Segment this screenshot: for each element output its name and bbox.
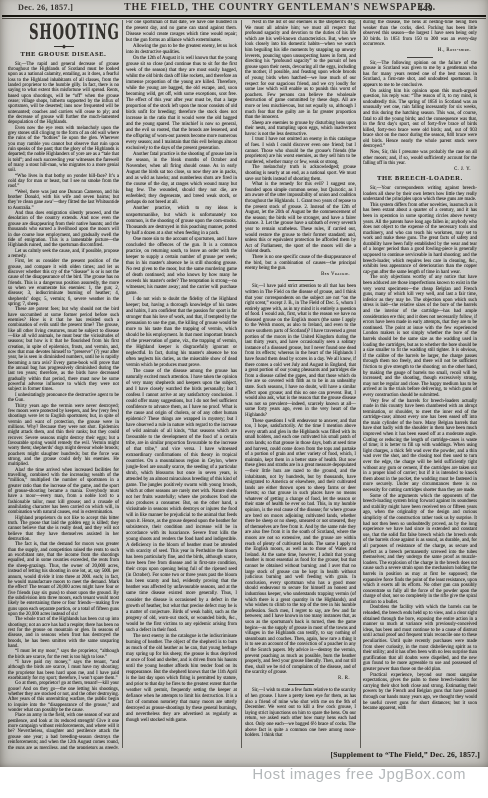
paragraph: This system differs from other novelties… [363,203,477,276]
letter-divider [288,280,314,281]
column-3: Next in the list of our enemies is the s… [245,20,356,749]
paragraph: Another fatal practice is the shooting o… [126,152,237,206]
supplement-footer: [Supplement to “The Field,” Dec. 26, 185… [331,750,481,759]
paragraph: The cause of the disease among the grous… [126,369,237,634]
paragraph: The whole tract of the Highlands has bee… [8,617,119,649]
paragraph: Highland proprietors do not like to acce… [8,516,119,543]
newspaper-page: Dec. 26, 1857.] THE FIELD, THE COUNTRY G… [0,0,488,767]
section-subhead: THE BREECH-LOADER. [363,175,477,182]
column-2: For one sportsman of that date, we have … [126,20,237,749]
paragraph: These questions I will endeavour to answ… [245,419,356,676]
masthead-title: THE FIELD, THE COUNTRY GENTLEMAN'S NEWSP… [124,2,436,13]
masthead-rule [2,15,486,17]
letter-signature: C. J. Y. [363,167,477,173]
letter-divider [288,684,314,685]
masthead-page-number: 449 [418,3,433,13]
paragraph: Very few of the barrels for breech-loade… [363,399,477,494]
paragraph: Sir,—I wish to state a few facts relativ… [245,688,356,738]
screenshot: Dec. 26, 1857.] THE FIELD, THE COUNTRY G… [0,0,488,798]
paragraph: Allowing the gun to be the greatest enem… [126,44,237,56]
column-rule-1 [122,20,123,748]
paragraph: Practical experience, beyond our most sa… [363,673,477,712]
paragraph: The only objections worthy of any notice… [363,275,477,398]
paragraph: Next in the list of our enemies is the s… [245,20,356,121]
letter-signature: R. R. [245,676,356,682]
paragraph: Let us calmly seek the cause, and, if po… [8,249,119,260]
paragraph: These are potent foes; but why should no… [8,307,119,393]
masthead-date: Dec. 26, 1857.] [18,3,73,12]
paragraph: And thus does emigration silently procee… [8,211,119,248]
paragraph: Sheep are enemies to grouse by disturbin… [245,121,356,138]
paragraph: “Who lives in that bothy on yonder hill-… [8,174,119,190]
section-subhead: THE GROUSE DISEASE. [8,51,119,58]
paragraph: Sir,—The following opinion on the failur… [363,61,477,89]
paragraph: Alas! the time arrived when increased fa… [8,468,119,516]
column-rule-3 [360,20,361,748]
paragraph: I unhesitatingly pronounce the destructi… [8,393,119,404]
paragraph: I do not wish to doubt the fidelity of t… [126,297,237,369]
masthead: Dec. 26, 1857.] THE FIELD, THE COUNTRY G… [0,0,488,16]
paragraph: There is no one specific cause of the di… [245,255,356,272]
paragraph: I trust I have not omitted an enemy in t… [245,137,356,165]
paragraph: Sir,—Your correspondents writing against… [363,186,477,203]
columns: SHOOTING.THE GROUSE DISEASE.Sir,—The rap… [0,20,488,749]
paragraph: On the 12th of August it is well known t… [126,56,237,152]
letter-divider [407,57,433,58]
paragraph: First, let us consider the present posit… [8,259,119,307]
paragraph: The melancholy truth is acknowledged; gr… [245,165,356,182]
paragraph: “Weel, there was just one Duncan Cameron… [8,190,119,211]
paragraph: Go at them, proprietor! go at them, tena… [8,681,119,713]
paragraph: For one sportsman of that date, we have … [126,20,237,44]
column-rule-2 [241,20,242,748]
paragraph: One more sin to the account of sportsmen… [126,237,237,297]
paragraph: Sir,—I have paid strict attention to all… [245,284,356,418]
jpgbox-watermark: Host images free JpgBox.com [252,766,466,783]
letter-signature: Ben Vrackie. [245,272,356,278]
paragraph: Even now the eye rests with melancholy u… [8,126,119,174]
paragraph: On asking him his opinion upon this much… [363,89,477,151]
paragraph: What is the remedy for this evil? I sugg… [245,182,356,255]
title-ornament [54,45,74,49]
paragraph: “I must let my moor,” says the proprieto… [8,649,119,660]
masthead-rule-thin [2,18,486,19]
paragraph: Another practice, which to my ideas is u… [126,206,237,236]
letter-signature: H., Ross-shire. [363,48,477,54]
paragraph: Thirty years ago the vermin were never d… [8,404,119,468]
paragraph: Place an army in the field, with one sea… [8,713,119,749]
article-title: SHOOTING. [29,22,98,42]
paragraph: The fact is, that the demand for moors w… [8,542,119,617]
paragraph: during the disease, the hens at nesting-… [363,20,477,48]
paragraph: The next enemy in the catalogue is the i… [126,634,237,724]
column-4: during the disease, the hens at nesting-… [363,20,477,749]
paragraph: Now, Sir, this I presume was probably th… [363,150,477,167]
column-1: SHOOTING.THE GROUSE DISEASE.Sir,—The rap… [8,20,119,749]
paragraph: Doubtless the facility with which the ba… [363,605,477,672]
paragraph: Some of the arguments which the opponent… [363,494,477,606]
paragraph: Sir,—The rapid and general decrease of g… [8,62,119,126]
paragraph: “I have paid my money,” says the tenant,… [8,660,119,681]
